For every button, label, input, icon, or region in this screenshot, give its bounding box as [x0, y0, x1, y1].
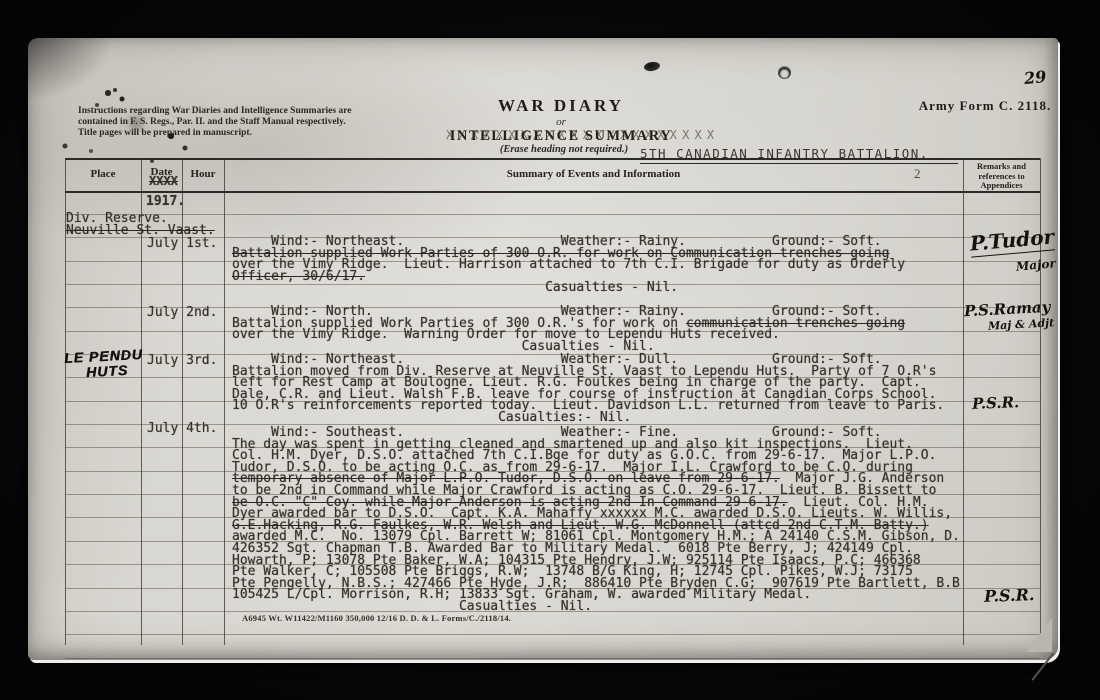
folded-corner — [1026, 618, 1052, 652]
punch-hole — [778, 66, 791, 79]
unit-name-typed: 5TH CANADIAN INFANTRY BATTALION. — [640, 146, 958, 164]
remark-signature: P.Tudor — [969, 224, 1055, 257]
remark-signature: P.S.R. — [984, 585, 1035, 606]
remark-signature-rank: Major — [1015, 256, 1056, 273]
erase-heading-note: (Erase heading not required.) — [464, 144, 664, 155]
table-row-rule — [65, 634, 1040, 635]
page-marker-handwritten: 29 — [1023, 67, 1047, 88]
table-column-rule — [224, 158, 225, 645]
entry-date: July 2nd. — [147, 307, 217, 319]
punch-hole — [643, 61, 660, 72]
form-subtitle-wrap: INTELLIGENCE SUMMARY XXXXXXXXXXXXXXXXXXX… — [446, 127, 676, 145]
table-row-rule — [65, 658, 1040, 659]
column-header-hour: Hour — [182, 168, 224, 180]
table-row-rule — [65, 214, 1040, 215]
form-instructions: Instructions regarding War Diaries and I… — [78, 106, 354, 139]
column-header-remarks: Remarks and references to Appendices — [963, 162, 1040, 191]
remark-signature: P.S.R. — [972, 393, 1020, 413]
form-title: WAR DIARY — [456, 96, 666, 116]
table-rule — [65, 191, 1040, 193]
year-label: 1917. — [146, 196, 185, 208]
summary-line: Casualties - Nil. — [232, 601, 592, 613]
entry-date: July 3rd. — [147, 355, 217, 367]
remark-signature-rank: Maj & Adjt — [988, 316, 1055, 332]
war-diary-page: 29 Instructions regarding War Diaries an… — [28, 38, 1058, 660]
page-number: 2 — [914, 166, 921, 182]
scan-background: 29 Instructions regarding War Diaries an… — [0, 0, 1100, 700]
summary-line: Casualties:- Nil. — [232, 412, 631, 424]
table-rule — [65, 158, 1040, 160]
printer-imprint: A6945 Wt. W11422/M1160 350,000 12/16 D. … — [242, 613, 511, 623]
entry-date: July 4th. — [147, 423, 217, 435]
place-note-handwritten: HUTS — [86, 362, 129, 380]
ink-specks — [28, 38, 30, 40]
date-header-crossout: XXXX — [149, 176, 178, 188]
place-entry: Neuville St. Vaast. — [66, 225, 215, 237]
subtitle-strikeout-x: XXXXXXXXXXXXXXXXXXXXXX — [446, 128, 676, 142]
entry-date: July 1st. — [147, 238, 217, 250]
summary-line: Casualties - Nil. — [232, 341, 655, 353]
army-form-number: Army Form C. 2118. — [900, 98, 1070, 114]
summary-line: Casualties - Nil. — [232, 282, 678, 294]
column-header-place: Place — [65, 168, 141, 180]
column-header-summary: Summary of Events and Information — [224, 168, 963, 180]
table-column-rule — [963, 158, 964, 645]
